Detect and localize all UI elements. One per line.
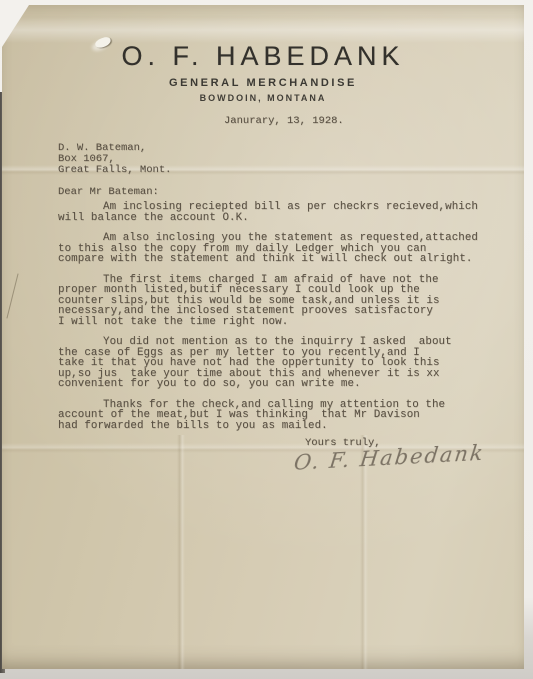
letter-body: Am inclosing reciepted bill as per check… bbox=[58, 202, 516, 441]
body-line: take it that you have not had the oppert… bbox=[58, 358, 516, 369]
recipient-address: D. W. Bateman, Box 1067, Great Falls, Mo… bbox=[58, 143, 171, 176]
body-line: Am also inclosing you the statement as r… bbox=[58, 233, 516, 244]
fold-crease-vertical-left bbox=[177, 435, 185, 669]
paper-scratch-mark bbox=[6, 274, 18, 319]
paragraph-4: You did not mention as to the inquirry I… bbox=[58, 337, 516, 390]
body-line: Am inclosing reciepted bill as per check… bbox=[58, 202, 516, 213]
paragraph-3: The first items charged I am afraid of h… bbox=[58, 275, 516, 328]
body-line: will balance the account O.K. bbox=[58, 213, 516, 224]
company-tagline: GENERAL MERCHANDISE bbox=[2, 77, 524, 89]
paragraph-5: Thanks for the check,and calling my atte… bbox=[58, 400, 516, 432]
body-line: You did not mention as to the inquirry I… bbox=[58, 337, 516, 348]
recipient-city: Great Falls, Mont. bbox=[58, 165, 171, 176]
photo-backdrop: O. F. HABEDANK GENERAL MERCHANDISE BOWDO… bbox=[0, 0, 533, 679]
letterhead: O. F. HABEDANK GENERAL MERCHANDISE BOWDO… bbox=[2, 41, 524, 103]
body-line: compare with the statement and think it … bbox=[58, 254, 516, 265]
company-location: BOWDOIN, MONTANA bbox=[2, 93, 524, 103]
letter-paper: O. F. HABEDANK GENERAL MERCHANDISE BOWDO… bbox=[2, 5, 524, 669]
body-line: I will not take the time right now. bbox=[58, 317, 516, 328]
body-line: proper month listed,butif necessary I co… bbox=[58, 285, 516, 296]
fold-crease-top bbox=[2, 17, 524, 43]
body-line: convenient for you to do so, you can wri… bbox=[58, 379, 516, 390]
body-line: account of the meat,but I was thinking t… bbox=[58, 410, 516, 421]
letter-date: Janurary, 13, 1928. bbox=[224, 115, 344, 127]
paragraph-1: Am inclosing reciepted bill as per check… bbox=[58, 202, 516, 223]
paragraph-2: Am also inclosing you the statement as r… bbox=[58, 233, 516, 265]
body-line: had forwarded the bills to you as mailed… bbox=[58, 421, 516, 432]
company-name: O. F. HABEDANK bbox=[2, 41, 524, 72]
body-line: necessary,and the inclosed statement pro… bbox=[58, 306, 516, 317]
salutation: Dear Mr Bateman: bbox=[58, 186, 159, 198]
